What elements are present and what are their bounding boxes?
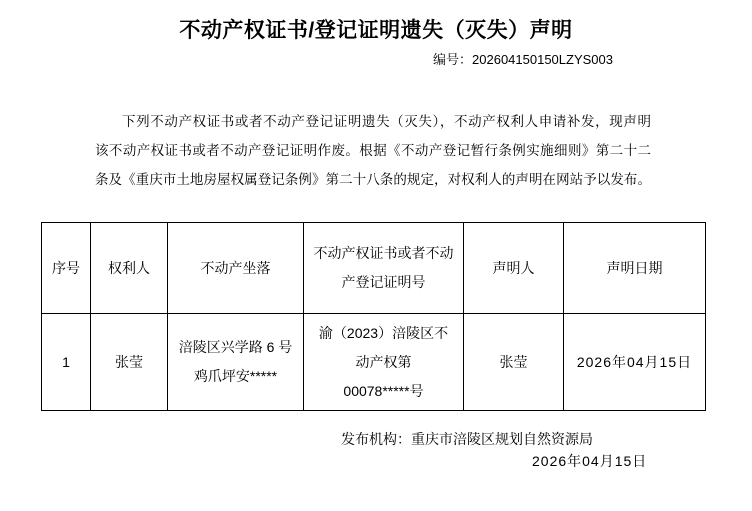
serial-line: 编号：202604150150LZYS003	[433, 49, 613, 68]
notice-line-1: 下列不动产权证书或者不动产登记证明遗失（灭失），不动产权利人申请补发，现声明	[95, 107, 651, 136]
serial-number: 202604150150LZYS003	[472, 52, 613, 67]
document-page: 不动产权证书/登记证明遗失（灭失）声明 编号：202604150150LZYS0…	[0, 0, 752, 511]
cell-declarant: 张莹	[464, 314, 564, 411]
footer-date: 2026年04月15日	[532, 451, 647, 471]
cell-owner: 张莹	[91, 314, 168, 411]
page-title: 不动产权证书/登记证明遗失（灭失）声明	[0, 14, 752, 44]
cell-date: 2026年04月15日	[564, 314, 706, 411]
footer-issuer: 发布机构：重庆市涪陵区规划自然资源局	[341, 429, 593, 449]
table-row: 1 张莹 涪陵区兴学路 6 号 鸡爪坪安***** 渝（2023）涪陵区不 动产…	[42, 314, 706, 411]
column-header-index: 序号	[42, 223, 91, 314]
serial-label: 编号：	[433, 52, 472, 67]
notice-line-2: 该不动产权证书或者不动产登记证明作废。根据《不动产登记暂行条例实施细则》第二十二	[95, 136, 651, 165]
cell-index: 1	[42, 314, 91, 411]
notice-paragraph: 下列不动产权证书或者不动产登记证明遗失（灭失），不动产权利人申请补发，现声明 该…	[95, 107, 651, 194]
cell-cert-no: 渝（2023）涪陵区不 动产权第 00078*****号	[304, 314, 464, 411]
notice-line-3: 条及《重庆市土地房屋权属登记条例》第二十八条的规定，对权利人的声明在网站予以发布…	[95, 165, 651, 194]
cell-location: 涪陵区兴学路 6 号 鸡爪坪安*****	[168, 314, 304, 411]
column-header-date: 声明日期	[564, 223, 706, 314]
column-header-cert-no: 不动产权证书或者不动产登记证明号	[304, 223, 464, 314]
table-header-row: 序号 权利人 不动产坐落 不动产权证书或者不动产登记证明号 声明人 声明日期	[42, 223, 706, 314]
column-header-declarant: 声明人	[464, 223, 564, 314]
column-header-location: 不动产坐落	[168, 223, 304, 314]
column-header-owner: 权利人	[91, 223, 168, 314]
announcement-table: 序号 权利人 不动产坐落 不动产权证书或者不动产登记证明号 声明人 声明日期 1…	[41, 222, 706, 411]
